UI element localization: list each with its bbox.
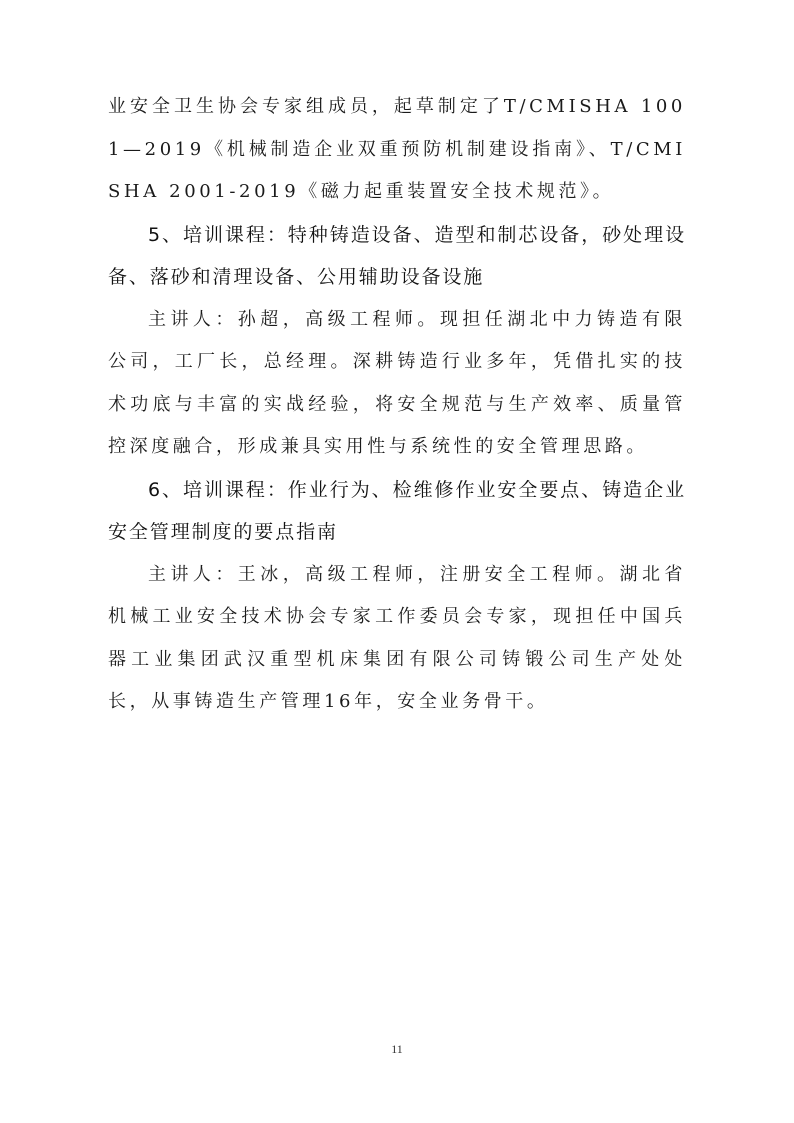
- paragraph-author-credentials: 业安全卫生协会专家组成员，起草制定了T/CMISHA 1001—2019《机械制…: [108, 86, 686, 214]
- course-6-lecturer: 主讲人：王冰，高级工程师，注册安全工程师。湖北省机械工业安全技术协会专家工作委员…: [108, 554, 686, 724]
- course-5-heading: 5、培训课程：特种铸造设备、造型和制芯设备，砂处理设备、落砂和清理设备、公用辅助…: [108, 214, 686, 299]
- course-5-lecturer: 主讲人：孙超，高级工程师。现担任湖北中力铸造有限公司，工厂长，总经理。深耕铸造行…: [108, 299, 686, 469]
- course-6-heading: 6、培训课程：作业行为、检维修作业安全要点、铸造企业安全管理制度的要点指南: [108, 469, 686, 554]
- page-number: 11: [0, 1042, 794, 1057]
- page-body: 业安全卫生协会专家组成员，起草制定了T/CMISHA 1001—2019《机械制…: [108, 86, 686, 724]
